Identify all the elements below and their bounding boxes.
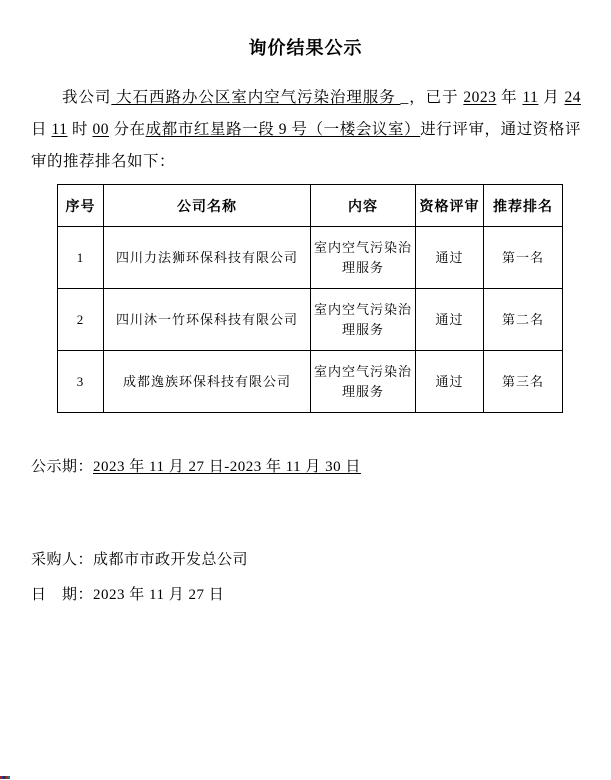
intro-prefix: 我公司 — [62, 89, 111, 106]
document-page: 询价结果公示 我公司 大石西路办公区室内空气污染治理服务 _，已于 2023 年… — [0, 36, 611, 604]
day-suffix: 日 — [31, 121, 52, 138]
page-title: 询价结果公示 — [0, 36, 611, 60]
date-value: 2023 年 11 月 27 日 — [93, 587, 224, 603]
date-label: 日 期： — [31, 586, 93, 603]
header-company-name: 公司名称 — [104, 185, 311, 227]
publicity-period-value: 2023 年 11 月 27 日-2023 年 11 月 30 日 — [93, 459, 361, 475]
header-qualification-review: 资格评审 — [416, 185, 484, 227]
cell-qualification: 通过 — [416, 289, 484, 351]
table-header-row: 序号 公司名称 内容 资格评审 推荐排名 — [58, 185, 563, 227]
hour-suffix: 时 — [67, 121, 92, 138]
cell-company-name: 四川沐一竹环保科技有限公司 — [104, 289, 311, 351]
project-name-blank: 大石西路办公区室内空气污染治理服务 — [111, 89, 400, 106]
review-minute: 00 — [93, 121, 110, 138]
month-suffix: 月 — [538, 89, 564, 106]
publicity-period-line: 公示期：2023 年 11 月 27 日-2023 年 11 月 30 日 — [31, 455, 611, 476]
header-recommended-rank: 推荐排名 — [484, 185, 563, 227]
intro-paragraph: 我公司 大石西路办公区室内空气污染治理服务 _，已于 2023 年 11 月 2… — [31, 82, 581, 178]
review-year: 2023 — [463, 89, 496, 106]
cell-content: 室内空气污染治理服务 — [311, 351, 416, 413]
cell-qualification: 通过 — [416, 351, 484, 413]
cell-content: 室内空气污染治理服务 — [311, 227, 416, 289]
minute-suffix: 分在 — [109, 121, 146, 138]
review-hour: 11 — [52, 121, 68, 138]
year-suffix: 年 — [496, 89, 522, 106]
review-location: 成都市红星路一段 9 号（一楼会议室） — [146, 121, 421, 138]
cell-content: 室内空气污染治理服务 — [311, 289, 416, 351]
table-row: 3 成都逸族环保科技有限公司 室内空气污染治理服务 通过 第三名 — [58, 351, 563, 413]
purchaser-value: 成都市市政开发总公司 — [93, 551, 248, 568]
cell-company-name: 成都逸族环保科技有限公司 — [104, 351, 311, 413]
review-month: 11 — [522, 89, 538, 106]
table-row: 1 四川力法狮环保科技有限公司 室内空气污染治理服务 通过 第一名 — [58, 227, 563, 289]
cell-serial-no: 3 — [58, 351, 104, 413]
result-table: 序号 公司名称 内容 资格评审 推荐排名 1 四川力法狮环保科技有限公司 室内空… — [57, 184, 563, 413]
cell-qualification: 通过 — [416, 227, 484, 289]
review-day: 24 — [564, 89, 581, 106]
cell-rank: 第一名 — [484, 227, 563, 289]
cell-company-name: 四川力法狮环保科技有限公司 — [104, 227, 311, 289]
scan-artifact — [0, 776, 10, 779]
cell-serial-no: 2 — [58, 289, 104, 351]
intro-underscore: _，已于 — [401, 89, 464, 106]
cell-rank: 第三名 — [484, 351, 563, 413]
purchaser-line: 采购人：成都市市政开发总公司 — [31, 548, 611, 569]
publicity-period-label: 公示期： — [31, 459, 93, 475]
date-line: 日 期：2023 年 11 月 27 日 — [31, 583, 611, 604]
cell-rank: 第二名 — [484, 289, 563, 351]
cell-serial-no: 1 — [58, 227, 104, 289]
header-serial-no: 序号 — [58, 185, 104, 227]
purchaser-label: 采购人： — [31, 551, 93, 568]
header-content: 内容 — [311, 185, 416, 227]
table-row: 2 四川沐一竹环保科技有限公司 室内空气污染治理服务 通过 第二名 — [58, 289, 563, 351]
